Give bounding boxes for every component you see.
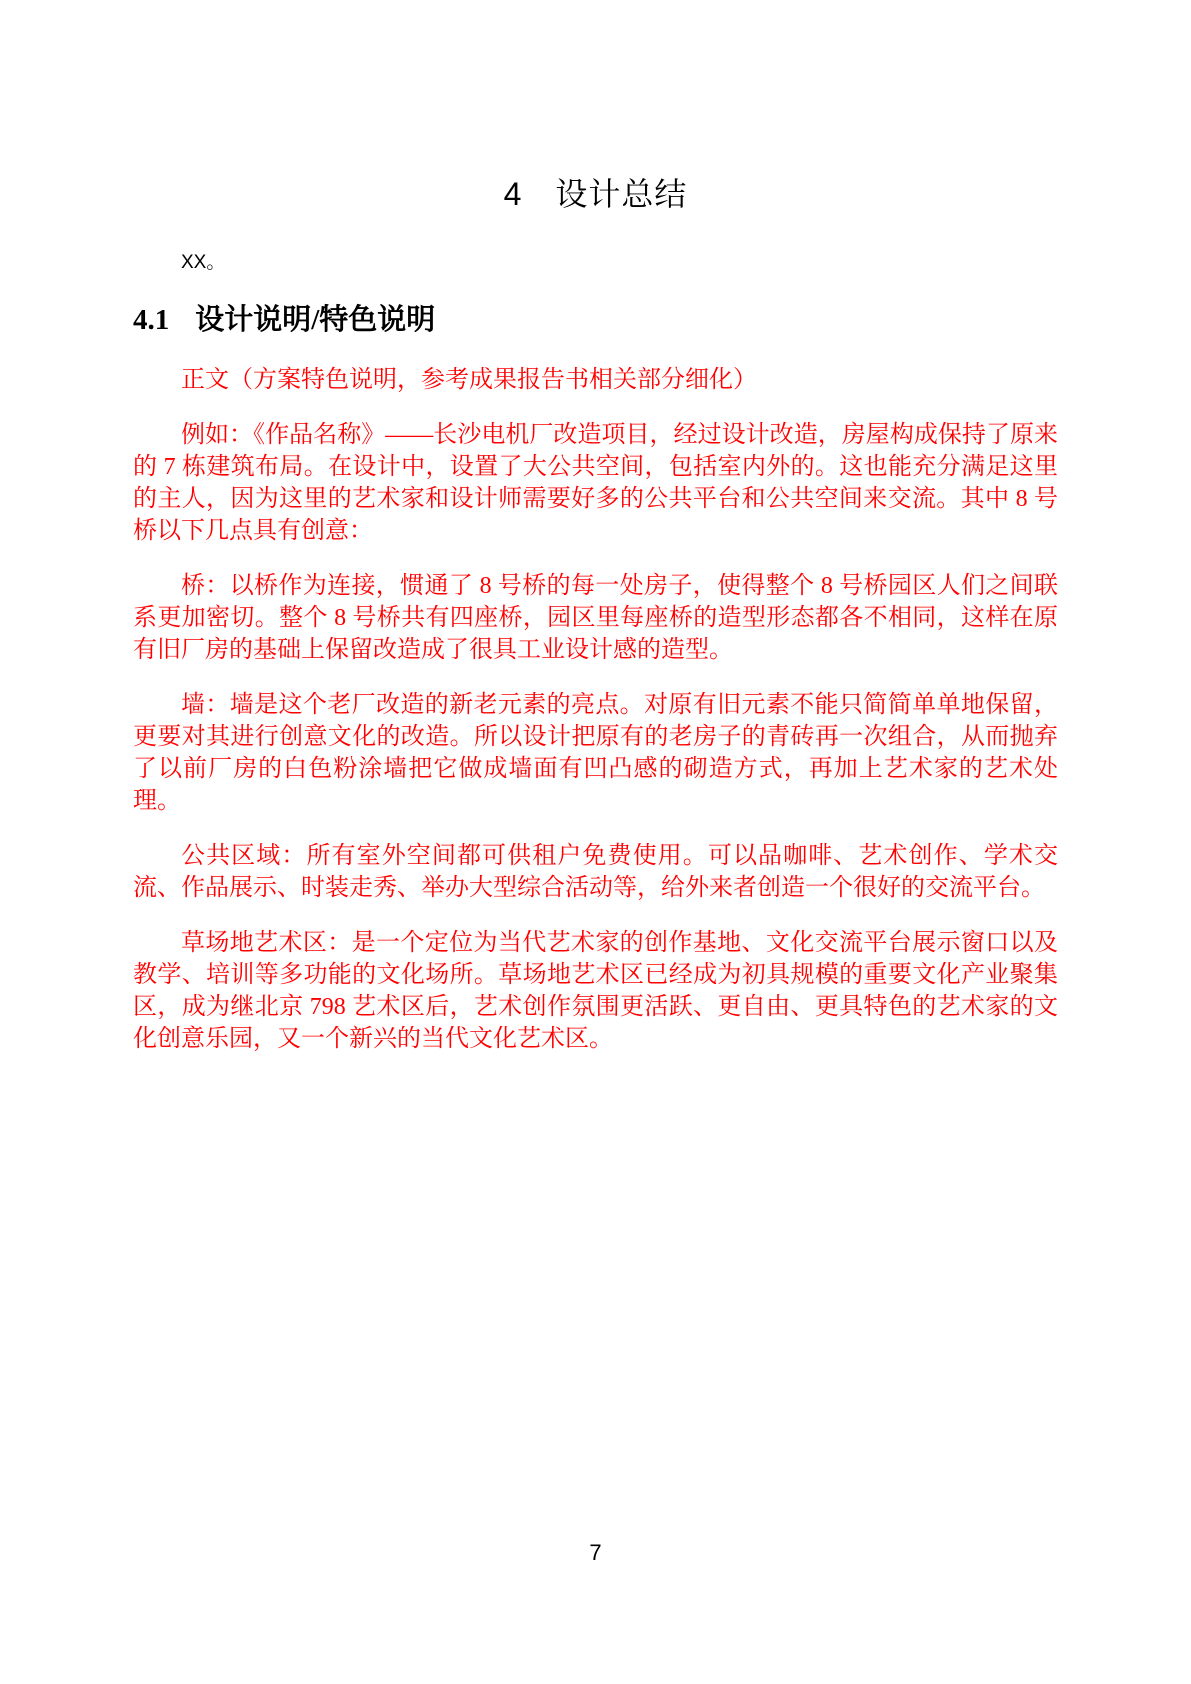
body-paragraph-example: 例如：《作品名称》——长沙电机厂改造项目，经过设计改造，房屋构成保持了原来的 7… bbox=[133, 419, 1058, 547]
intro-text: XX。 bbox=[133, 250, 1058, 276]
body-paragraph-art-district: 草场地艺术区：是一个定位为当代艺术家的创作基地、文化交流平台展示窗口以及教学、培… bbox=[133, 927, 1058, 1055]
chapter-title: 4设计总结 bbox=[133, 176, 1058, 212]
body-paragraph-public-area: 公共区域：所有室外空间都可供租户免费使用。可以品咖啡、艺术创作、学术交流、作品展… bbox=[133, 840, 1058, 904]
document-page: 4设计总结 XX。 4.1设计说明/特色说明 正文（方案特色说明，参考成果报告书… bbox=[0, 0, 1191, 1684]
section-title-text: 设计说明/特色说明 bbox=[195, 304, 435, 336]
section-heading: 4.1设计说明/特色说明 bbox=[133, 302, 1058, 338]
body-paragraph-intro: 正文（方案特色说明，参考成果报告书相关部分细化） bbox=[133, 364, 1058, 396]
chapter-title-text: 设计总结 bbox=[555, 176, 687, 212]
page-footer: 7 bbox=[0, 1540, 1191, 1566]
section-number: 4.1 bbox=[133, 302, 169, 338]
chapter-number: 4 bbox=[504, 176, 522, 212]
body-paragraph-wall: 墙：墙是这个老厂改造的新老元素的亮点。对原有旧元素不能只简简单单地保留，更要对其… bbox=[133, 689, 1058, 817]
body-text: 正文（方案特色说明，参考成果报告书相关部分细化） 例如：《作品名称》——长沙电机… bbox=[133, 364, 1058, 1055]
page-number: 7 bbox=[589, 1540, 601, 1565]
body-paragraph-bridge: 桥：以桥作为连接，惯通了 8 号桥的每一处房子，使得整个 8 号桥园区人们之间联… bbox=[133, 570, 1058, 666]
